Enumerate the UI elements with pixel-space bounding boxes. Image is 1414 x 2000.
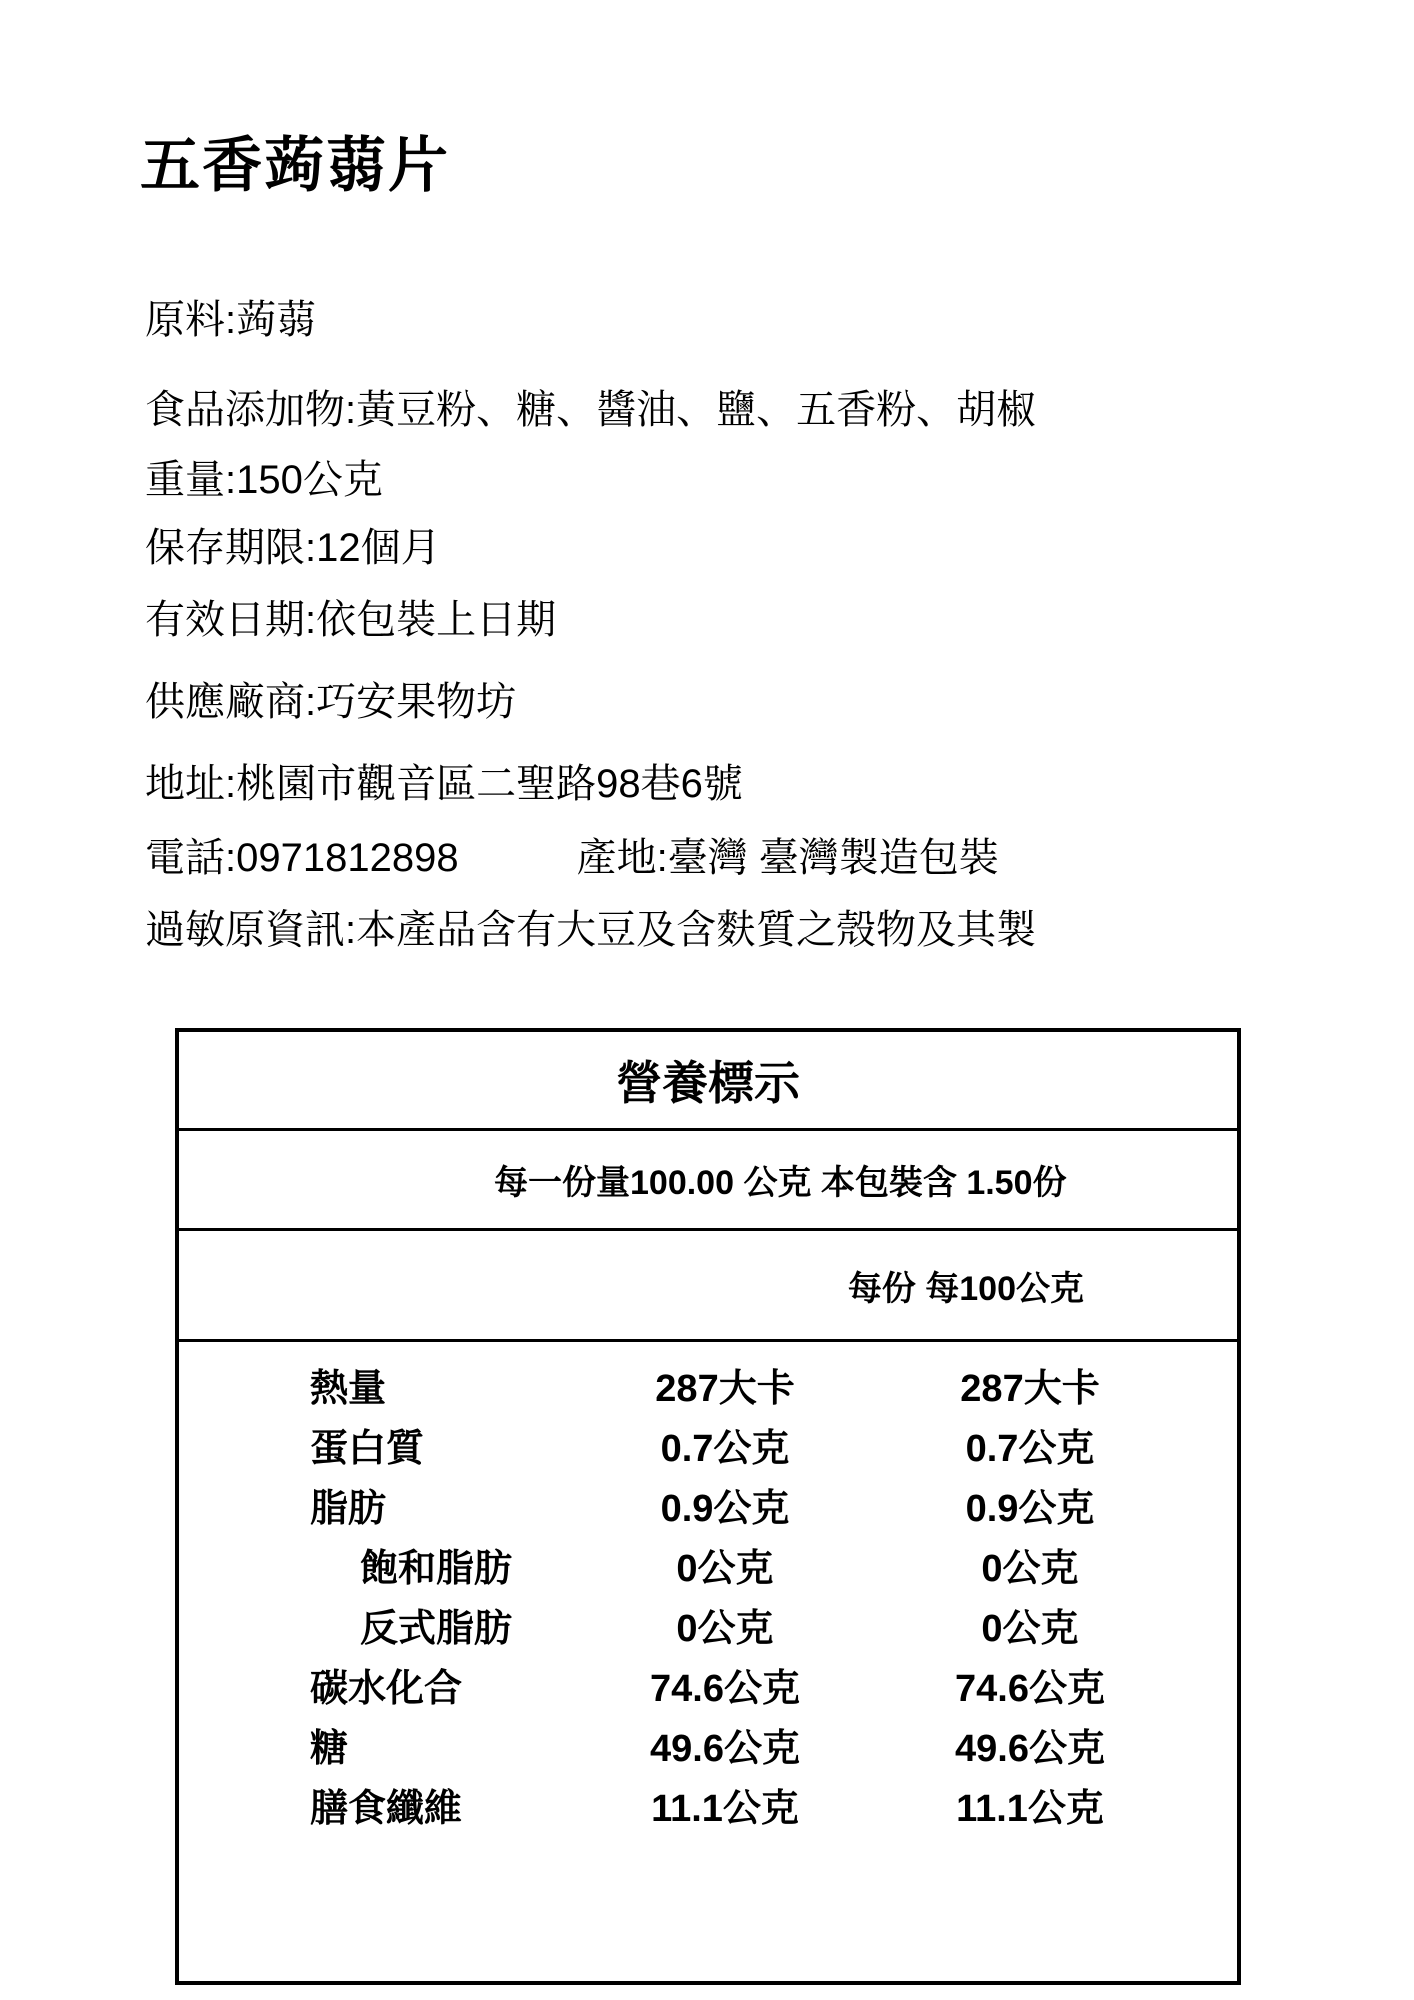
additives-line: 食品添加物:黃豆粉、糖、醬油、鹽、五香粉、胡椒	[145, 386, 1036, 434]
per-serving-value: 0公克	[610, 1597, 840, 1652]
column-header-row: 每份 每100公克	[179, 1231, 1237, 1342]
nutrition-table: 營養標示 每一份量100.00 公克 本包裝含 1.50份 每份 每100公克 …	[175, 1028, 1241, 1985]
ingredients-line: 原料:蒟蒻	[145, 296, 316, 344]
per-serving-value: 11.1公克	[610, 1777, 840, 1832]
nutrient-label: 飽和脂肪	[310, 1537, 610, 1592]
table-row: 飽和脂肪 0公克 0公克	[179, 1534, 1237, 1594]
shelf-life-line: 保存期限:12個月	[145, 524, 441, 572]
table-row: 膳食纖維 11.1公克 11.1公克	[179, 1774, 1237, 1834]
table-row: 反式脂肪 0公克 0公克	[179, 1594, 1237, 1654]
nutrient-label: 熱量	[310, 1357, 610, 1412]
per-serving-value: 0.7公克	[610, 1417, 840, 1472]
per-100g-value: 0公克	[915, 1537, 1145, 1592]
per-100g-value: 287大卡	[915, 1357, 1145, 1412]
phone-origin-line: 電話:0971812898產地:臺灣 臺灣製造包裝	[145, 834, 999, 882]
expiry-date-line: 有效日期:依包裝上日期	[145, 596, 556, 644]
nutrition-rows: 熱量 287大卡 287大卡 蛋白質 0.7公克 0.7公克 脂肪 0.9公克 …	[179, 1342, 1237, 1834]
serving-size-row: 每一份量100.00 公克 本包裝含 1.50份	[179, 1131, 1237, 1231]
table-row: 脂肪 0.9公克 0.9公克	[179, 1474, 1237, 1534]
product-title: 五香蒟蒻片	[140, 118, 450, 204]
nutrient-label: 膳食纖維	[310, 1777, 610, 1832]
table-row: 熱量 287大卡 287大卡	[179, 1354, 1237, 1414]
per-100g-value: 0公克	[915, 1597, 1145, 1652]
origin-text: 產地:臺灣 臺灣製造包裝	[577, 836, 999, 880]
table-row: 碳水化合 74.6公克 74.6公克	[179, 1654, 1237, 1714]
per-100g-value: 74.6公克	[915, 1657, 1145, 1712]
supplier-line: 供應廠商:巧安果物坊	[145, 678, 516, 726]
nutrient-label: 碳水化合	[310, 1657, 610, 1712]
per-serving-value: 74.6公克	[610, 1657, 840, 1712]
allergen-line: 過敏原資訊:本產品含有大豆及含麩質之殼物及其製	[145, 906, 1036, 954]
per-100g-value: 0.9公克	[915, 1477, 1145, 1532]
nutrient-label: 蛋白質	[310, 1417, 610, 1472]
nutrient-label: 脂肪	[310, 1477, 610, 1532]
nutrient-label: 反式脂肪	[310, 1597, 610, 1652]
table-row: 蛋白質 0.7公克 0.7公克	[179, 1414, 1237, 1474]
phone-text: 電話:0971812898	[145, 836, 459, 880]
nutrient-label: 糖	[310, 1717, 610, 1772]
per-serving-value: 0.9公克	[610, 1477, 840, 1532]
nutrition-table-title: 營養標示	[179, 1032, 1237, 1131]
per-serving-value: 0公克	[610, 1537, 840, 1592]
weight-line: 重量:150公克	[145, 456, 383, 504]
per-serving-value: 49.6公克	[610, 1717, 840, 1772]
product-label-page: 五香蒟蒻片 原料:蒟蒻 食品添加物:黃豆粉、糖、醬油、鹽、五香粉、胡椒 重量:1…	[0, 0, 1414, 2000]
per-serving-value: 287大卡	[610, 1357, 840, 1412]
address-line: 地址:桃園市觀音區二聖路98巷6號	[145, 760, 743, 808]
per-100g-value: 11.1公克	[915, 1777, 1145, 1832]
per-100g-value: 0.7公克	[915, 1417, 1145, 1472]
per-100g-value: 49.6公克	[915, 1717, 1145, 1772]
table-row: 糖 49.6公克 49.6公克	[179, 1714, 1237, 1774]
